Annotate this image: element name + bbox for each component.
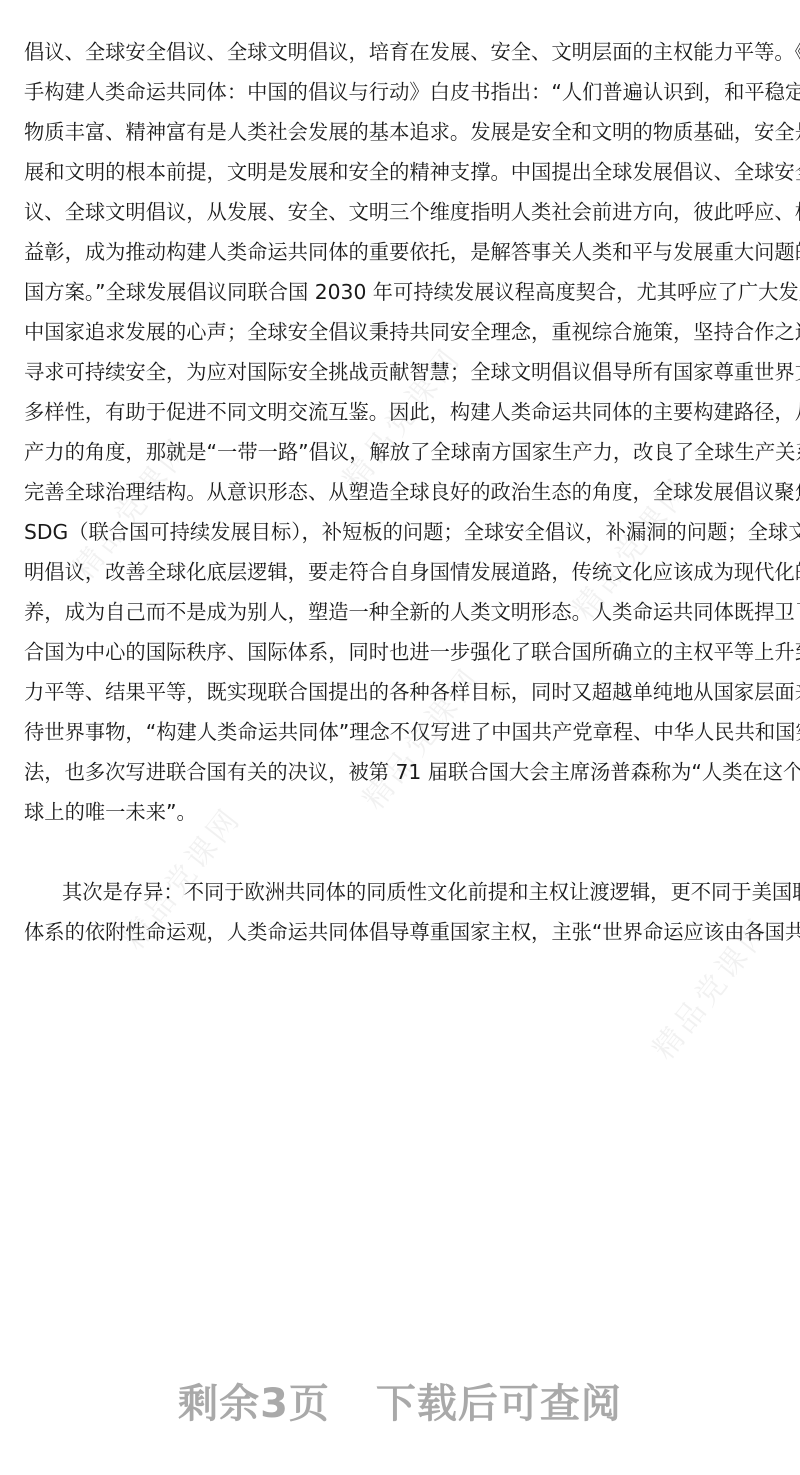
text-line: 物质丰富、精神富有是人类社会发展的基本追求。发展是安全和文明的物质基础，安全是发 xyxy=(24,117,776,147)
remaining-pages-banner[interactable]: 剩余3页下载后可查阅 xyxy=(0,1372,800,1429)
text-line: 益彰，成为推动构建人类命运共同体的重要依托，是解答事关人类和平与发展重大问题的中 xyxy=(24,237,776,267)
text-line: 合国为中心的国际秩序、国际体系，同时也进一步强化了联合国所确立的主权平等上升到能 xyxy=(24,637,776,667)
download-hint-label: 下载后可查阅 xyxy=(376,1372,622,1429)
text-line: 手构建人类命运共同体：中国的倡议与行动》白皮书指出：“人们普遍认识到，和平稳定、 xyxy=(24,77,776,107)
text-line: 完善全球治理结构。从意识形态、从塑造全球良好的政治生态的角度，全球发展倡议聚焦 xyxy=(24,477,776,507)
document-page: 精品党课网 精品党课网 精品党课网 精品党课网 精品党课网 精品党课网 倡议、全… xyxy=(0,0,800,1475)
text-line: 养，成为自己而不是成为别人，塑造一种全新的人类文明形态。人类命运共同体既捍卫了联 xyxy=(24,597,776,627)
text-line: 法，也多次写进联合国有关的决议，被第 71 届联合国大会主席汤普森称为“人类在这… xyxy=(24,757,776,787)
text-line: 体系的依附性命运观，人类命运共同体倡导尊重国家主权，主张“世界命运应该由各国共同 xyxy=(24,917,776,947)
text-line: 国方案。”全球发展倡议同联合国 2030 年可持续发展议程高度契合，尤其呼应了广… xyxy=(24,277,776,307)
text-line: 力平等、结果平等，既实现联合国提出的各种各样目标，同时又超越单纯地从国家层面来看 xyxy=(24,677,776,707)
text-line: 待世界事物，“构建人类命运共同体”理念不仅写进了中国共产党章程、中华人民共和国宪 xyxy=(24,717,776,747)
text-line: 展和文明的根本前提，文明是发展和安全的精神支撑。中国提出全球发展倡议、全球安全倡 xyxy=(24,157,776,187)
text-line: 议、全球文明倡议，从发展、安全、文明三个维度指明人类社会前进方向，彼此呼应、相得 xyxy=(24,197,776,227)
text-line: 产力的角度，那就是“一带一路”倡议，解放了全球南方国家生产力，改良了全球生产关系… xyxy=(24,437,776,467)
text-line: SDG（联合国可持续发展目标），补短板的问题；全球安全倡议，补漏洞的问题；全球文 xyxy=(24,517,776,547)
text-line: 明倡议，改善全球化底层逻辑，要走符合自身国情发展道路，传统文化应该成为现代化的滋 xyxy=(24,557,776,587)
text-line: 寻求可持续安全，为应对国际安全挑战贡献智慧；全球文明倡议倡导所有国家尊重世界文明 xyxy=(24,357,776,387)
text-line: 球上的唯一未来”。 xyxy=(24,797,776,827)
remaining-pages-label: 剩余3页 xyxy=(178,1372,330,1429)
text-line: 中国家追求发展的心声；全球安全倡议秉持共同安全理念，重视综合施策，坚持合作之道， xyxy=(24,317,776,347)
text-line: 多样性，有助于促进不同文明交流互鉴。因此，构建人类命运共同体的主要构建路径，从生 xyxy=(24,397,776,427)
text-line: 倡议、全球安全倡议、全球文明倡议，培育在发展、安全、文明层面的主权能力平等。《携 xyxy=(24,37,776,67)
text-line: 其次是存异：不同于欧洲共同体的同质性文化前提和主权让渡逻辑，更不同于美国联盟 xyxy=(62,877,776,907)
